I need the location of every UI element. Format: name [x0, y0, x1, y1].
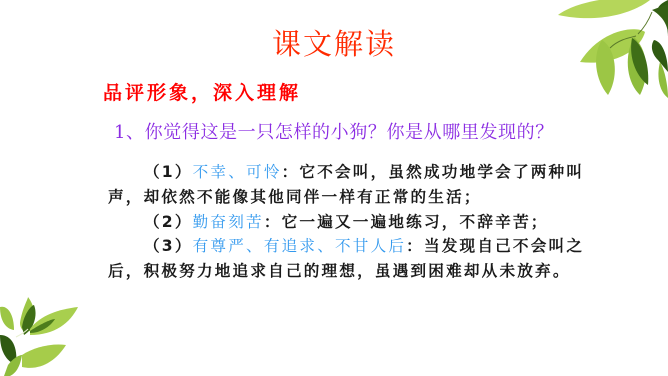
- answer-1-text: ：它不会叫，虽然成功地学会了两种叫: [282, 163, 585, 181]
- answer-2-text: ：它一遍又一遍地练习，不辞辛苦；: [264, 213, 549, 231]
- answer-3-highlight: 有尊严、有追求、不甘人后: [193, 237, 407, 255]
- slide: 课文解读 品评形象，深入理解 1、你觉得这是一只怎样的小狗？你是从哪里发现的？ …: [0, 0, 668, 376]
- answer-3-line-1: （3）有尊严、有追求、不甘人后：当发现自己不会叫之: [108, 234, 558, 259]
- answer-2-number: （2）: [144, 213, 193, 231]
- answer-1-highlight: 不幸、可怜: [193, 163, 282, 181]
- answer-3-number: （3）: [144, 237, 193, 255]
- leaves-bottom-left-icon: [0, 295, 80, 376]
- answer-1-line-1: （1）不幸、可怜：它不会叫，虽然成功地学会了两种叫: [108, 160, 558, 185]
- answer-2-highlight: 勤奋刻苦: [193, 213, 264, 231]
- answer-3-line-2: 后，积极努力地追求自己的理想，虽遇到困难却从未放弃。: [108, 259, 558, 284]
- section-subtitle: 品评形象，深入理解: [103, 80, 301, 106]
- answer-body: （1）不幸、可怜：它不会叫，虽然成功地学会了两种叫 声，却依然不能像其他同伴一样…: [108, 160, 558, 284]
- answer-2-line-1: （2）勤奋刻苦：它一遍又一遍地练习，不辞辛苦；: [108, 210, 558, 235]
- slide-title: 课文解读: [0, 26, 668, 62]
- answer-3-text: ：当发现自己不会叫之: [406, 237, 584, 255]
- answer-1-line-2: 声，却依然不能像其他同伴一样有正常的生活；: [108, 185, 558, 210]
- question-text: 1、你觉得这是一只怎样的小狗？你是从哪里发现的？: [114, 119, 554, 147]
- answer-1-number: （1）: [144, 163, 193, 181]
